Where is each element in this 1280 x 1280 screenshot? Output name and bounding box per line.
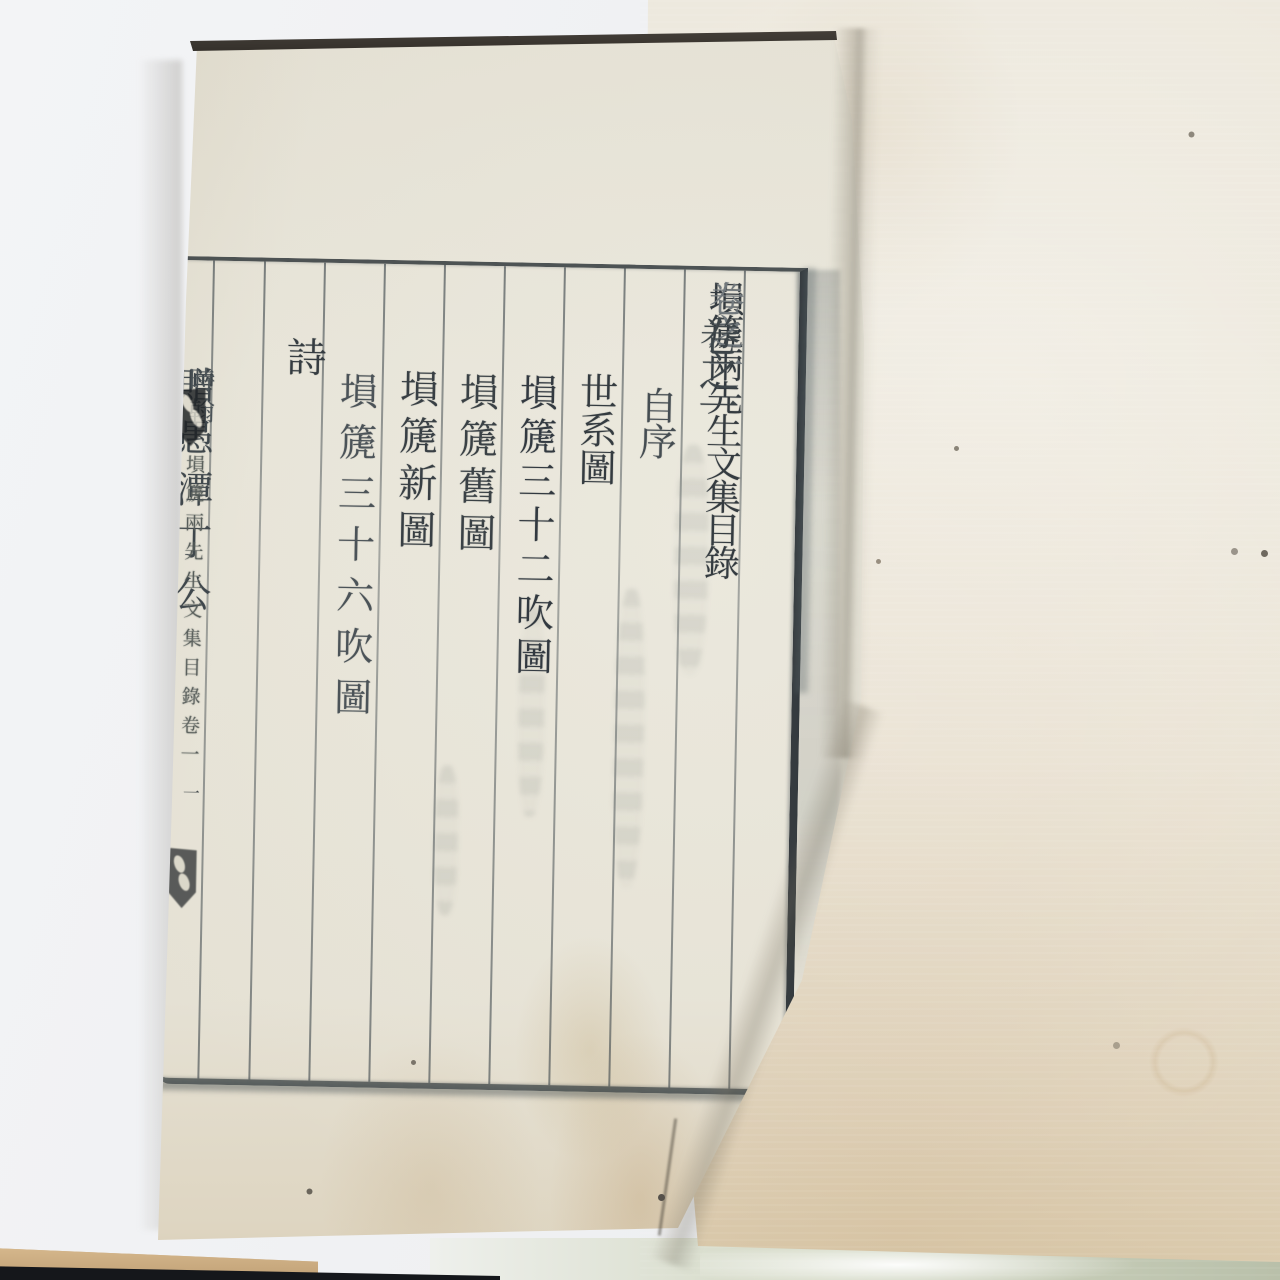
toc-entry-32-blows-diagram: 塤篪三十二吹圖 <box>502 372 563 681</box>
toc-border-frame: 塤篪兩先生文集目錄卷之一 卷之一 自序 世系圖 塤篪三十二吹圖 塤篪舊圖 塤篪新… <box>159 256 808 1096</box>
fishtail-ornament-bottom-icon <box>167 848 198 909</box>
book-photo: 塤篪兩先生文集目錄卷之一 卷之一 自序 世系圖 塤篪三十二吹圖 塤篪舊圖 塤篪新… <box>0 0 1280 1280</box>
volume-heading-column: 卷之一 <box>686 315 747 421</box>
toc-entry-new-diagram: 塤篪新圖 <box>384 368 444 557</box>
poetry-section-heading: 詩 <box>275 336 333 377</box>
toc-entry-genealogy-chart: 世系圖 <box>566 371 623 486</box>
paper-specks <box>0 0 3 3</box>
spine-page-number: 一 <box>177 784 202 801</box>
column-rule <box>248 262 266 1080</box>
toc-entry-self-preface: 自序 <box>626 386 682 459</box>
ink-bleedthrough <box>433 765 460 915</box>
toc-entry-36-blows-diagram: 塤篪三十六吹圖 <box>321 371 383 729</box>
toc-entry-old-diagram: 塤篪舊圖 <box>444 371 504 560</box>
